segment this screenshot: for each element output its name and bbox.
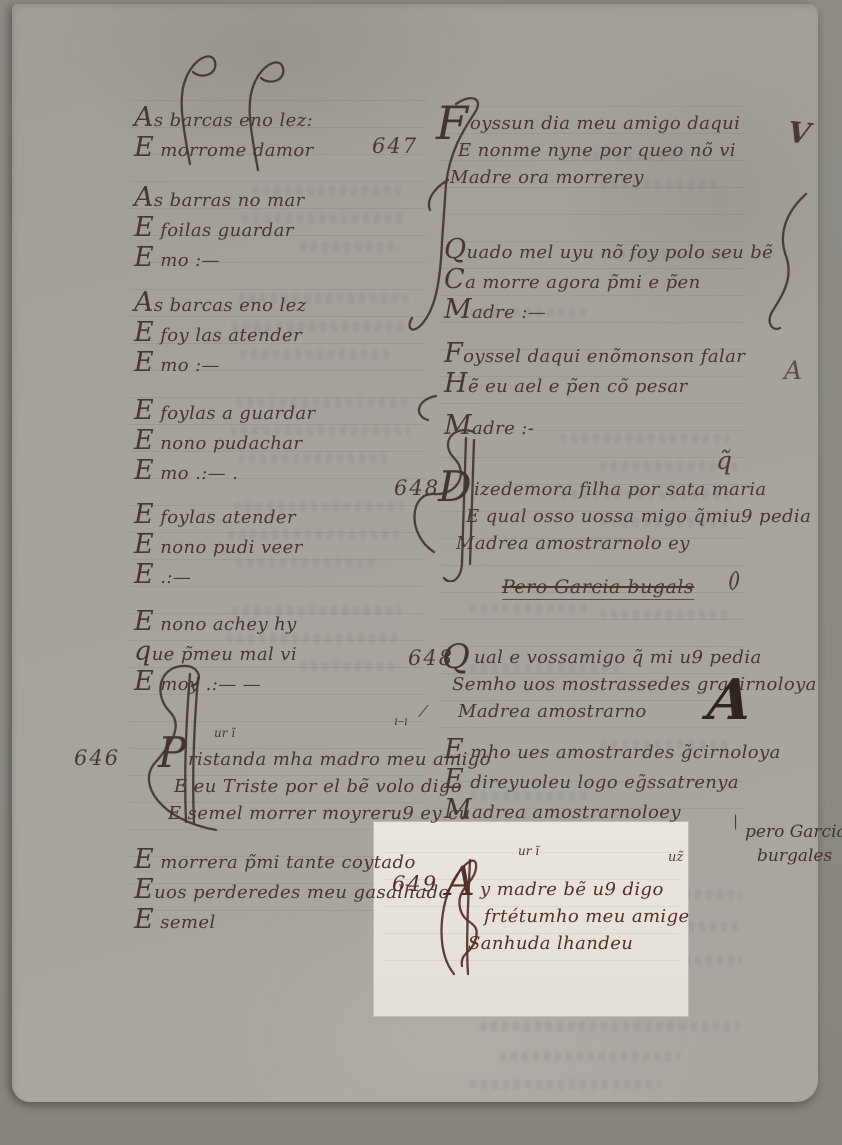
initial-letter-646: P (158, 732, 186, 774)
verso-bleedthrough (500, 1052, 680, 1061)
cantiga-number-647: 647 (372, 134, 418, 158)
verso-bleedthrough (300, 242, 400, 251)
verse-line: y madre bẽ u9 digo (480, 876, 690, 903)
margin-tick-mark: | (733, 812, 738, 830)
stanza-left-1: As barcas eno lez: E morrome damor (134, 104, 314, 164)
verse-line: izedemora filha por sata maria (474, 476, 811, 503)
margin-a-bold-mark: A (705, 672, 754, 728)
verse-line: Madrea amostrarno (458, 698, 817, 725)
verso-bleedthrough (680, 1022, 740, 1031)
verse-line: Quado mel uyu nõ foy polo seu bẽ (444, 236, 773, 266)
verse-line: Madre :- (444, 412, 745, 442)
stanza-left-4: E foylas a guardar E nono pudachar E mo … (134, 397, 316, 487)
stanza-647: oyssun dia meu amigo daqui E nonme nyne … (470, 110, 740, 191)
verse-line: E semel morrer moyreru9 ey cu (168, 800, 491, 827)
cantiga-number-649: 649 (392, 872, 438, 896)
verse-line: E mo :— (134, 349, 307, 379)
initial-letter-648b: Q (442, 640, 470, 674)
verse-line: Madrea amostrarnoloey (444, 796, 781, 826)
margin-q-mark: q̃ (716, 446, 732, 475)
stanza-649: y madre bẽ u9 digo frtétumho meu amige S… (480, 876, 690, 957)
verso-bleedthrough (470, 1080, 660, 1089)
cantiga-number-648: 648 (394, 476, 440, 500)
verso-bleedthrough (470, 604, 590, 613)
verse-line: Semho uos mostrassedes gracirnoloya (452, 671, 817, 698)
verso-bleedthrough (300, 662, 400, 671)
superscript-649: ur ĩ (518, 844, 539, 858)
verse-line: Foyssel daqui enõmonson falar (444, 340, 745, 370)
attribution-line-2: burgales (757, 844, 842, 868)
scan-background: As barcas eno lez: E morrome damor As ba… (0, 0, 842, 1145)
verse-line: E morrome damor (134, 134, 314, 164)
crossed-out-attribution: Pero Garcia bugals (502, 576, 694, 600)
verse-line: Madrea amostrarnolo ey (456, 530, 811, 557)
verse-line: frtétumho meu amige (484, 903, 690, 930)
cantiga-number-646: 646 (74, 746, 120, 770)
initial-letter-649: A (446, 862, 475, 902)
stanza-left-3: As barcas eno lez E foy las atender E mo… (134, 289, 307, 379)
margin-small-mark-649: uz̃ (668, 850, 683, 865)
verse-line: As barcas eno lez (134, 289, 307, 319)
verso-bleedthrough (600, 610, 730, 619)
stanza-left-6: E nono achey hy que p̃meu mal vi E moy .… (134, 608, 297, 698)
verse-line: As barcas eno lez: (134, 104, 314, 134)
attribution-note: pero Garcia burgales (745, 820, 842, 868)
verso-bleedthrough (688, 922, 742, 931)
verse-line: E mo :— (134, 244, 305, 274)
verse-line: E foylas atender (134, 501, 303, 531)
verse-line: E nonme nyne por queo nõ vi (458, 137, 740, 164)
stanza-right-2: Quado mel uyu nõ foy polo seu bẽ Ca morr… (444, 236, 773, 326)
verse-line: Hẽ eu ael e p̃en cõ pesar (444, 370, 745, 400)
verso-bleedthrough (684, 890, 742, 899)
attribution-line-1: pero Garcia (745, 820, 842, 844)
margin-a-outline-mark: A (784, 356, 802, 385)
stanza-right-7: E mho ues amostrardes g̃cirnoloya E dire… (444, 736, 781, 826)
verse-line: E nono achey hy (134, 608, 297, 638)
margin-check-mark: V (786, 115, 812, 151)
verse-line: Madre ora morrerey (450, 164, 740, 191)
stanza-left-2: As barras no mar E foilas guardar E mo :… (134, 184, 305, 274)
slash-mark-646: ⁄ (422, 702, 425, 721)
verse-line: Sanhuda lhandeu (468, 930, 690, 957)
verse-line: E .:— (134, 561, 303, 591)
verse-line: E nono pudi veer (134, 531, 303, 561)
verse-line: E foilas guardar (134, 214, 305, 244)
verse-line: Madre :— (444, 296, 773, 326)
initial-letter-648: D (438, 466, 472, 508)
verse-line: E foy las atender (134, 319, 307, 349)
verse-line: Ca morre agora p̃mi e p̃en (444, 266, 773, 296)
verse-line: As barras no mar (134, 184, 305, 214)
verse-line: E mho ues amostrardes g̃cirnoloya (444, 736, 781, 766)
verso-bleedthrough (480, 1022, 680, 1031)
verse-line: E qual osso uossa migo q̃miu9 pedia (466, 503, 811, 530)
verse-line: que p̃meu mal vi (134, 638, 297, 668)
verse-line: E mo .:— . (134, 457, 316, 487)
verso-bleedthrough (684, 956, 742, 965)
verse-line: E nono pudachar (134, 427, 316, 457)
verse-line: oyssun dia meu amigo daqui (470, 110, 740, 137)
bracket-mark-646: ı–ı (394, 714, 408, 728)
verse-line: ual e vossamigo q̃ mi u9 pedia (474, 644, 817, 671)
verse-line: E direyuoleu logo eg̃ssatrenya (444, 766, 781, 796)
stanza-648: izedemora filha por sata maria E qual os… (474, 476, 811, 557)
stanza-648b: ual e vossamigo q̃ mi u9 pedia Semho uos… (474, 644, 817, 725)
superscript-646: ur ĩ (214, 726, 235, 740)
stanza-left-5: E foylas atender E nono pudi veer E .:— (134, 501, 303, 591)
manuscript-page: As barcas eno lez: E morrome damor As ba… (12, 4, 818, 1102)
verse-line: E moy .:— — (134, 668, 297, 698)
verse-line: E foylas a guardar (134, 397, 316, 427)
stanza-right-3: Foyssel daqui enõmonson falar Hẽ eu ael … (444, 340, 745, 442)
verse-line: E semel (134, 906, 450, 936)
margin-paren-mark: () (728, 568, 736, 592)
